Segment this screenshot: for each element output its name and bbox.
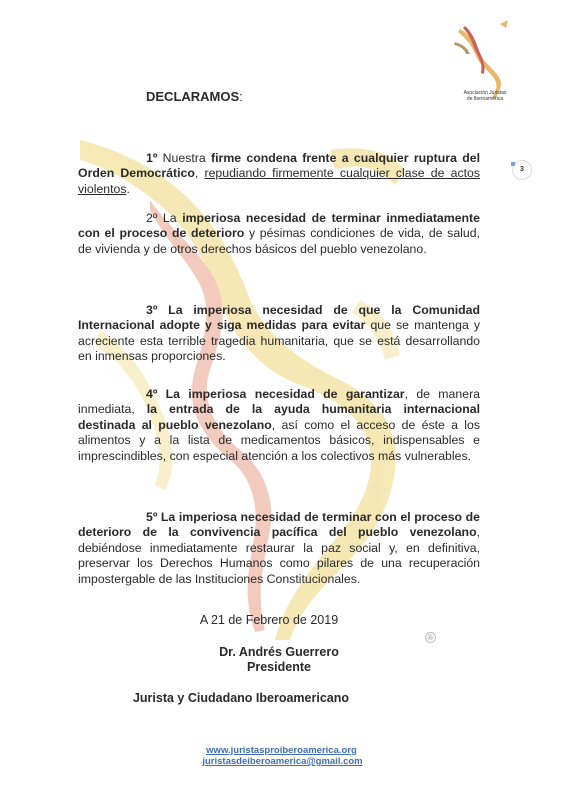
signatory-name: Dr. Andrés Guerrero bbox=[78, 645, 480, 660]
declaration-item-5: 5º La imperiosa necesidad de terminar co… bbox=[78, 510, 480, 587]
email-link[interactable]: juristasdeiberoamerica@gmail.com bbox=[202, 756, 362, 767]
declaration-heading: DECLARAMOS: bbox=[146, 89, 243, 104]
registered-mark-icon: ® bbox=[425, 632, 436, 643]
badge-marker-icon bbox=[511, 162, 515, 166]
page-number-badge: 3 bbox=[512, 160, 532, 180]
declaration-item-4: 4º La imperiosa necesidad de garantizar,… bbox=[78, 387, 480, 464]
footer-email: juristasdeiberoamerica@gmail.com bbox=[0, 756, 565, 767]
paragraph-segment: 4º La imperiosa necesidad de garantizar bbox=[146, 387, 405, 401]
logo-caption: Asociación Juristas de Iberoamérica bbox=[440, 90, 530, 102]
paragraph-segment: Nuestra bbox=[163, 151, 211, 165]
paragraph-segment: 2º La bbox=[146, 211, 182, 225]
page-number: 3 bbox=[520, 166, 524, 173]
declaration-item-2: 2º La imperiosa necesidad de terminar in… bbox=[78, 211, 480, 257]
website-link[interactable]: www.juristasproiberoamerica.org bbox=[206, 745, 357, 756]
paragraph-segment: 5º La imperiosa necesidad de terminar co… bbox=[78, 510, 480, 539]
heading-colon: : bbox=[239, 89, 243, 104]
logo-caption-line2: de Iberoamérica bbox=[440, 96, 530, 102]
document-date: A 21 de Febrero de 2019 bbox=[68, 613, 470, 628]
declaration-item-3: 3º La imperiosa necesidad de que la Comu… bbox=[78, 303, 480, 365]
heading-text: DECLARAMOS bbox=[146, 89, 239, 104]
declaration-item-1: 1º Nuestra firme condena frente a cualqu… bbox=[78, 151, 480, 197]
signatory-role: Presidente bbox=[78, 660, 480, 675]
footer-website: www.juristasproiberoamerica.org bbox=[0, 745, 564, 756]
paragraph-segment: . bbox=[127, 182, 130, 196]
paragraph-segment: 1º bbox=[146, 151, 163, 165]
signatory-title: Jurista y Ciudadano Iberoamericano bbox=[40, 691, 442, 706]
